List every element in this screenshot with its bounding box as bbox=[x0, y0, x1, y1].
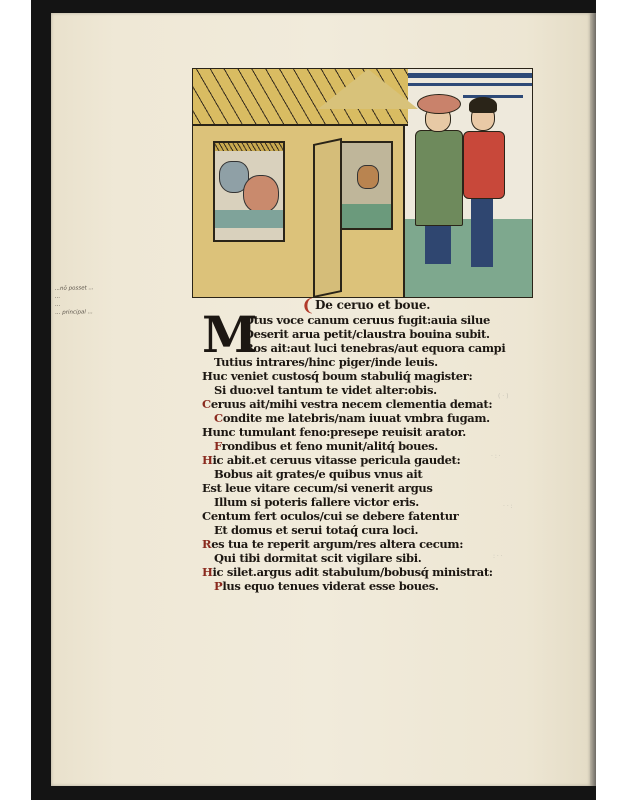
verse-line: Hunc tumulant feno:presepe reuisit arato… bbox=[202, 425, 466, 439]
page-edge bbox=[590, 13, 596, 786]
fable-title: De ceruo et boue. bbox=[315, 298, 430, 312]
verse-line: Hic abit.et ceruus vitasse pericula gaud… bbox=[202, 453, 460, 467]
figure-man-green bbox=[415, 94, 461, 264]
marginal-annotation: ...nō posset ... ... ... ... principal .… bbox=[55, 283, 166, 317]
verse-line: Qui tibi dormitat scit vigilare sibi. bbox=[214, 551, 421, 565]
verse-line: Res tua te reperit argum/res altera cecu… bbox=[202, 537, 463, 551]
verse-line: Bobus ait grates/e quibus vnus ait bbox=[214, 467, 422, 481]
verse-line: Otus voce canum ceruus fugit:auia silue bbox=[244, 313, 490, 327]
roof-gable bbox=[318, 69, 418, 109]
verse-line: Hic silet.argus adit stabulum/bobusq́ mi… bbox=[202, 565, 493, 579]
verse-line: Huc veniet custosq́ boum stabuliq́ magis… bbox=[202, 369, 472, 383]
manger bbox=[215, 210, 283, 228]
verse-line: Bos ait:aut luci tenebras/aut equora cam… bbox=[244, 341, 505, 355]
verse-line: Tutius intrares/hinc piger/inde leuis. bbox=[214, 355, 438, 369]
hay bbox=[341, 204, 391, 228]
verse-line: Illum si poteris fallere victor eris. bbox=[214, 495, 419, 509]
verse-line: Deserit arua petit/claustra bouina subit… bbox=[244, 327, 490, 341]
verse-line: Condite me latebris/nam iuuat vmbra fuga… bbox=[214, 411, 490, 425]
verse-line: Ceruus ait/mihi vestra necem clementia d… bbox=[202, 397, 492, 411]
verse-line: Centum fert oculos/cui se debere fatentu… bbox=[202, 509, 458, 523]
figure-man-red bbox=[461, 97, 505, 267]
stable-door bbox=[313, 138, 342, 298]
verse-line: Plus equo tenues viderat esse boues. bbox=[214, 579, 439, 593]
verse-line: Et domus et serui totaq́ cura loci. bbox=[214, 523, 418, 537]
stall-window-stag bbox=[339, 141, 393, 230]
verse-line: Est leue vitare cecum/si venerit argus bbox=[202, 481, 433, 495]
window-lintel bbox=[215, 143, 283, 151]
stall-window-oxen bbox=[213, 141, 285, 242]
show-through-marks: · · · ( · ) · : · · · : : · · bbox=[483, 343, 533, 583]
decorated-initial: M bbox=[202, 311, 242, 359]
verse-line: Frondibus et feno munit/alitq́ boues. bbox=[214, 439, 438, 453]
brown-ox bbox=[243, 175, 279, 213]
verse-line: Si duo:vel tantum te videt alter:obis. bbox=[214, 383, 437, 397]
hidden-stag bbox=[357, 165, 379, 189]
woodcut-illustration bbox=[192, 68, 533, 298]
manuscript-page: ...nō posset ... ... ... ... principal .… bbox=[51, 13, 590, 786]
